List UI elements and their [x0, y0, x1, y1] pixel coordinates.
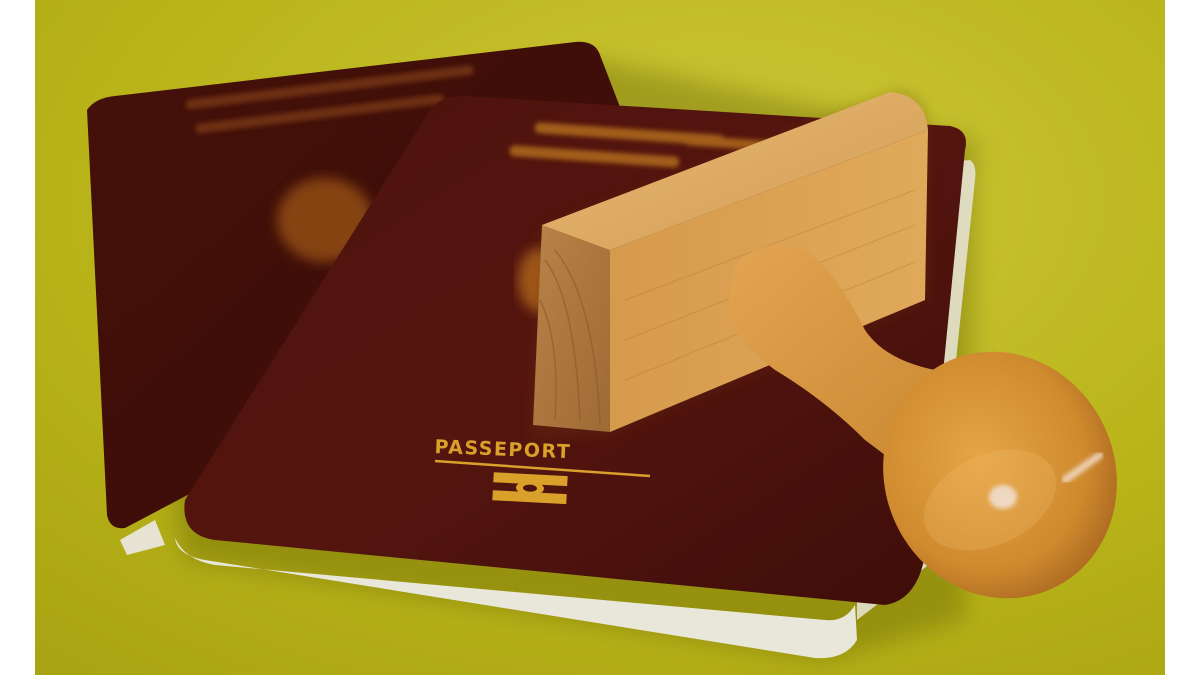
photo: PASSEPORT — [35, 0, 1165, 675]
photo-scene — [35, 0, 1165, 675]
right-letterbox — [1165, 0, 1200, 675]
left-letterbox — [0, 0, 35, 675]
